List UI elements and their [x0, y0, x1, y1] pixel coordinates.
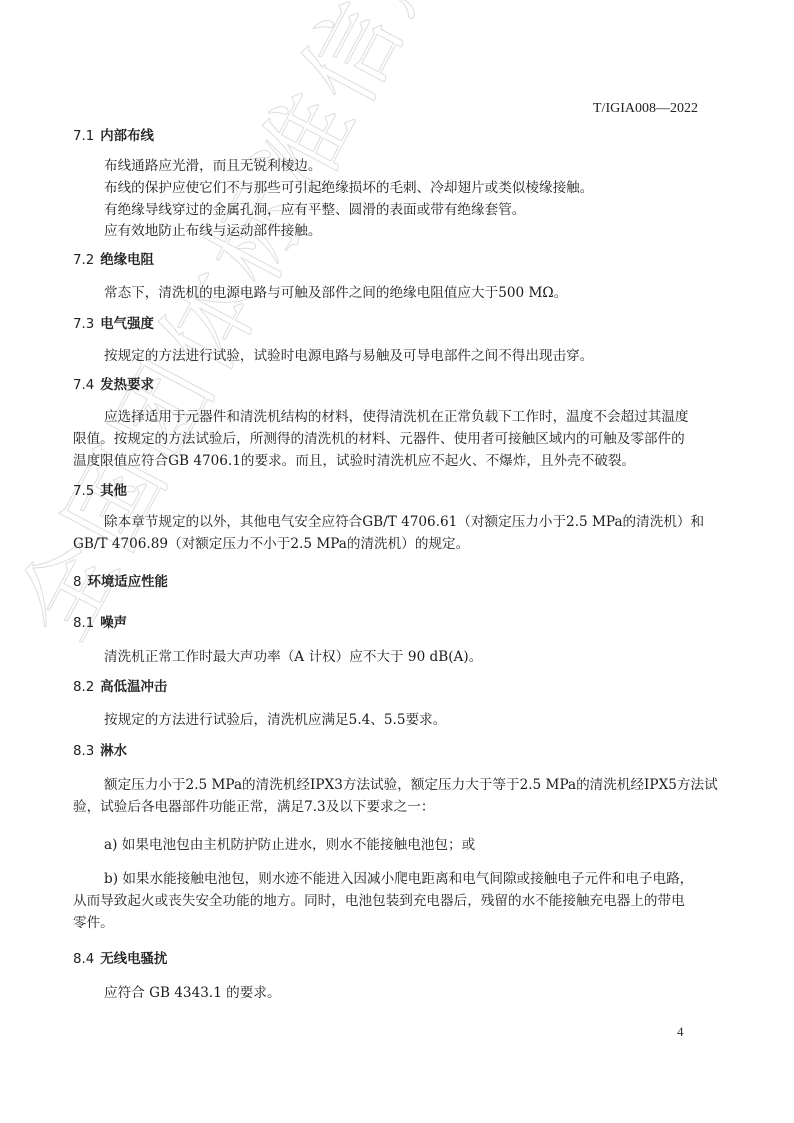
paragraph-line: 除本章节规定的以外，其他电气安全应符合GB/T 4706.61（对额定压力小于2… [104, 513, 704, 531]
document-page: 全国团体标准信息平台 T/IGIA008—2022 7.1内部布线 布线通路应光… [0, 0, 794, 1123]
list-item-b-cont: 零件。 [73, 914, 114, 932]
list-item-b: b) 如果水能接触电池包，则水迹不能进入因减小爬电距离和电气间隙或接触电子元件和… [104, 870, 693, 888]
paragraph-line: GB/T 4706.89（对额定压力不小于2.5 MPa的清洗机）的规定。 [73, 535, 469, 553]
section-heading-8-3: 8.3淋水 [73, 743, 127, 761]
section-heading-8-2: 8.2高低温冲击 [73, 679, 167, 697]
section-heading-7-2: 7.2绝缘电阻 [73, 252, 154, 270]
paragraph-line: 温度限值应符合GB 4706.1的要求。而且，试验时清洗机应不起火、不爆炸，且外… [73, 452, 635, 470]
section-heading-7-3: 7.3电气强度 [73, 316, 154, 334]
list-item-a: a) 如果电池包由主机防护防止进水，则水不能接触电池包；或 [104, 836, 475, 854]
paragraph-line: 清洗机正常工作时最大声功率（A 计权）应不大于 90 dB(A)。 [104, 648, 482, 666]
section-heading-7-5: 7.5其他 [73, 483, 127, 501]
paragraph-line: 额定压力小于2.5 MPa的清洗机经IPX3方法试验，额定压力大于等于2.5 M… [104, 776, 718, 794]
document-id-header: T/IGIA008—2022 [593, 101, 698, 117]
paragraph-line: 应符合 GB 4343.1 的要求。 [104, 984, 281, 1002]
section-heading-8-1: 8.1噪声 [73, 615, 127, 633]
paragraph-line: 按规定的方法进行试验后，清洗机应满足5.4、5.5要求。 [104, 711, 446, 729]
paragraph-line: 验，试验后各电器部件功能正常，满足7.3及以下要求之一： [73, 798, 434, 816]
paragraph-line: 限值。按规定的方法试验后，所测得的清洗机的材料、元器件、使用者可接触区域内的可触… [73, 430, 685, 448]
chapter-heading-8: 8环境适应性能 [73, 574, 168, 592]
paragraph-line: 有绝缘导线穿过的金属孔洞，应有平整、圆滑的表面或带有绝缘套管。 [104, 201, 525, 219]
paragraph-line: 按规定的方法进行试验，试验时电源电路与易触及可导电部件之间不得出现击穿。 [104, 347, 593, 365]
section-heading-7-1: 7.1内部布线 [73, 128, 154, 146]
section-heading-8-4: 8.4无线电骚扰 [73, 951, 167, 969]
paragraph-line: 应有效地防止布线与运动部件接触。 [104, 222, 322, 240]
paragraph-line: 布线的保护应使它们不与那些可引起绝缘损坏的毛刺、冷却翅片或类似棱缘接触。 [104, 179, 593, 197]
paragraph-line: 布线通路应光滑，而且无锐利棱边。 [104, 157, 322, 175]
section-heading-7-4: 7.4发热要求 [73, 377, 154, 395]
paragraph-line: 应选择适用于元器件和清洗机结构的材料，使得清洗机在正常负载下工作时，温度不会超过… [104, 408, 689, 426]
list-item-b-cont: 从而导致起火或丧失安全功能的地方。同时，电池包装到充电器后，残留的水不能接触充电… [73, 892, 685, 910]
page-number: 4 [677, 1024, 684, 1040]
paragraph-line: 常态下，清洗机的电源电路与可触及部件之间的绝缘电阻值应大于500 MΩ。 [104, 284, 567, 302]
